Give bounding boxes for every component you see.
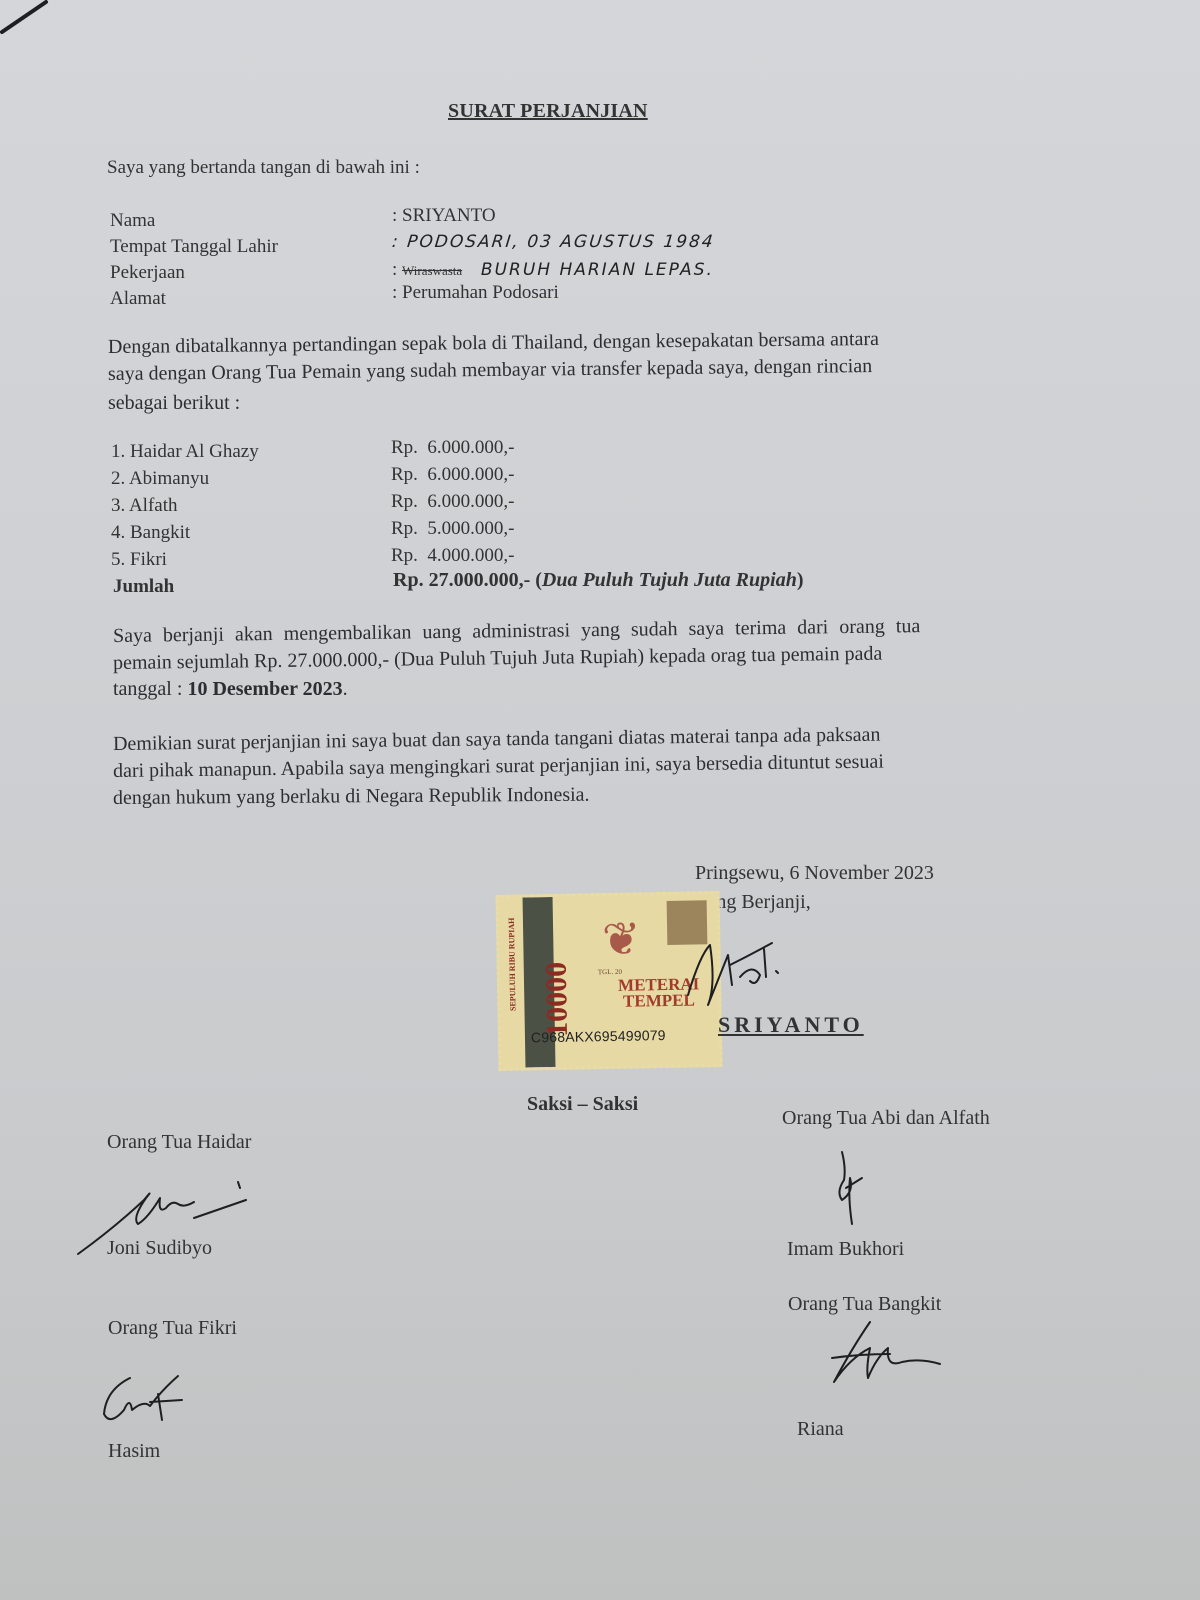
identity-label: Tempat Tanggal Lahir [110, 236, 278, 258]
place-date: Pringsewu, 6 November 2023 [695, 862, 934, 885]
payment-name: 3. Alfath [111, 495, 178, 517]
identity-label: Pekerjaan [110, 262, 185, 284]
paragraph-line: sebagai berikut : [108, 390, 240, 417]
date-prefix: tanggal : [113, 678, 187, 700]
total-value: Rp. 27.000.000,- ( [393, 569, 542, 591]
paragraph-line: dengan hukum yang berlaku di Negara Repu… [113, 782, 590, 812]
payment-name: 2. Abimanyu [111, 468, 209, 490]
payment-amount: Rp. 6.000.000,- [391, 491, 515, 513]
identity-value-address: : Perumahan Podosari [392, 282, 559, 304]
promisor-signature [680, 925, 800, 1025]
witness-name: Imam Bukhori [787, 1238, 904, 1261]
witness-signature [832, 1148, 882, 1228]
witness-role: Orang Tua Bangkit [788, 1293, 941, 1316]
stamp-serial: C968AKX695499079 [531, 1027, 666, 1045]
promisor-name: SRIYANTO [718, 1012, 864, 1038]
identity-value-job: : Wiraswasta BURUH HARIAN LEPAS. [392, 259, 714, 281]
date-suffix: . [343, 678, 348, 700]
total-in-words: Dua Puluh Tujuh Juta Rupiah [542, 569, 797, 591]
total-close: ) [797, 569, 804, 591]
document-page: SURAT PERJANJIAN Saya yang bertanda tang… [0, 0, 1200, 1600]
payment-amount: Rp. 6.000.000,- [391, 437, 515, 459]
witness-role: Orang Tua Haidar [107, 1131, 251, 1154]
witness-role: Orang Tua Abi dan Alfath [782, 1107, 990, 1130]
witness-role: Orang Tua Fikri [108, 1317, 237, 1340]
payment-name: 4. Bangkit [111, 522, 190, 544]
stamp-value: 10000 [539, 917, 577, 1038]
pen-mark [0, 0, 60, 40]
identity-value-birth: : PODOSARI, 03 AGUSTUS 1984 [391, 232, 716, 252]
payment-amount: Rp. 4.000.000,- [391, 545, 515, 567]
witness-name: Hasim [108, 1440, 160, 1463]
return-date: 10 Desember 2023 [187, 678, 342, 700]
witness-name: Riana [797, 1418, 844, 1441]
witness-signature [830, 1318, 950, 1388]
payment-amount: Rp. 5.000.000,- [391, 518, 515, 540]
witness-name: Joni Sudibyo [107, 1237, 212, 1260]
payment-amount: Rp. 6.000.000,- [391, 464, 515, 486]
identity-label: Nama [110, 210, 155, 232]
total-label: Jumlah [113, 576, 174, 598]
identity-value-name: : SRIYANTO [392, 205, 496, 227]
document-title: SURAT PERJANJIAN [448, 100, 648, 123]
identity-label: Alamat [110, 288, 166, 310]
struck-job: Wiraswasta [402, 263, 462, 278]
witnesses-title: Saksi – Saksi [527, 1093, 638, 1116]
garuda-emblem-icon: ❦ [591, 909, 652, 970]
payment-name: 5. Fikri [111, 549, 167, 571]
handwritten-job: BURUH HARIAN LEPAS. [481, 260, 714, 280]
payment-name: 1. Haidar Al Ghazy [111, 441, 259, 463]
stamp-side-text: SEPULUH RIBU RUPIAH [507, 918, 518, 1011]
witness-signature [100, 1370, 200, 1430]
paragraph-line: tanggal : 10 Desember 2023. [113, 676, 348, 703]
intro-text: Saya yang bertanda tangan di bawah ini : [107, 157, 420, 179]
total-amount: Rp. 27.000.000,- (Dua Puluh Tujuh Juta R… [393, 569, 804, 592]
